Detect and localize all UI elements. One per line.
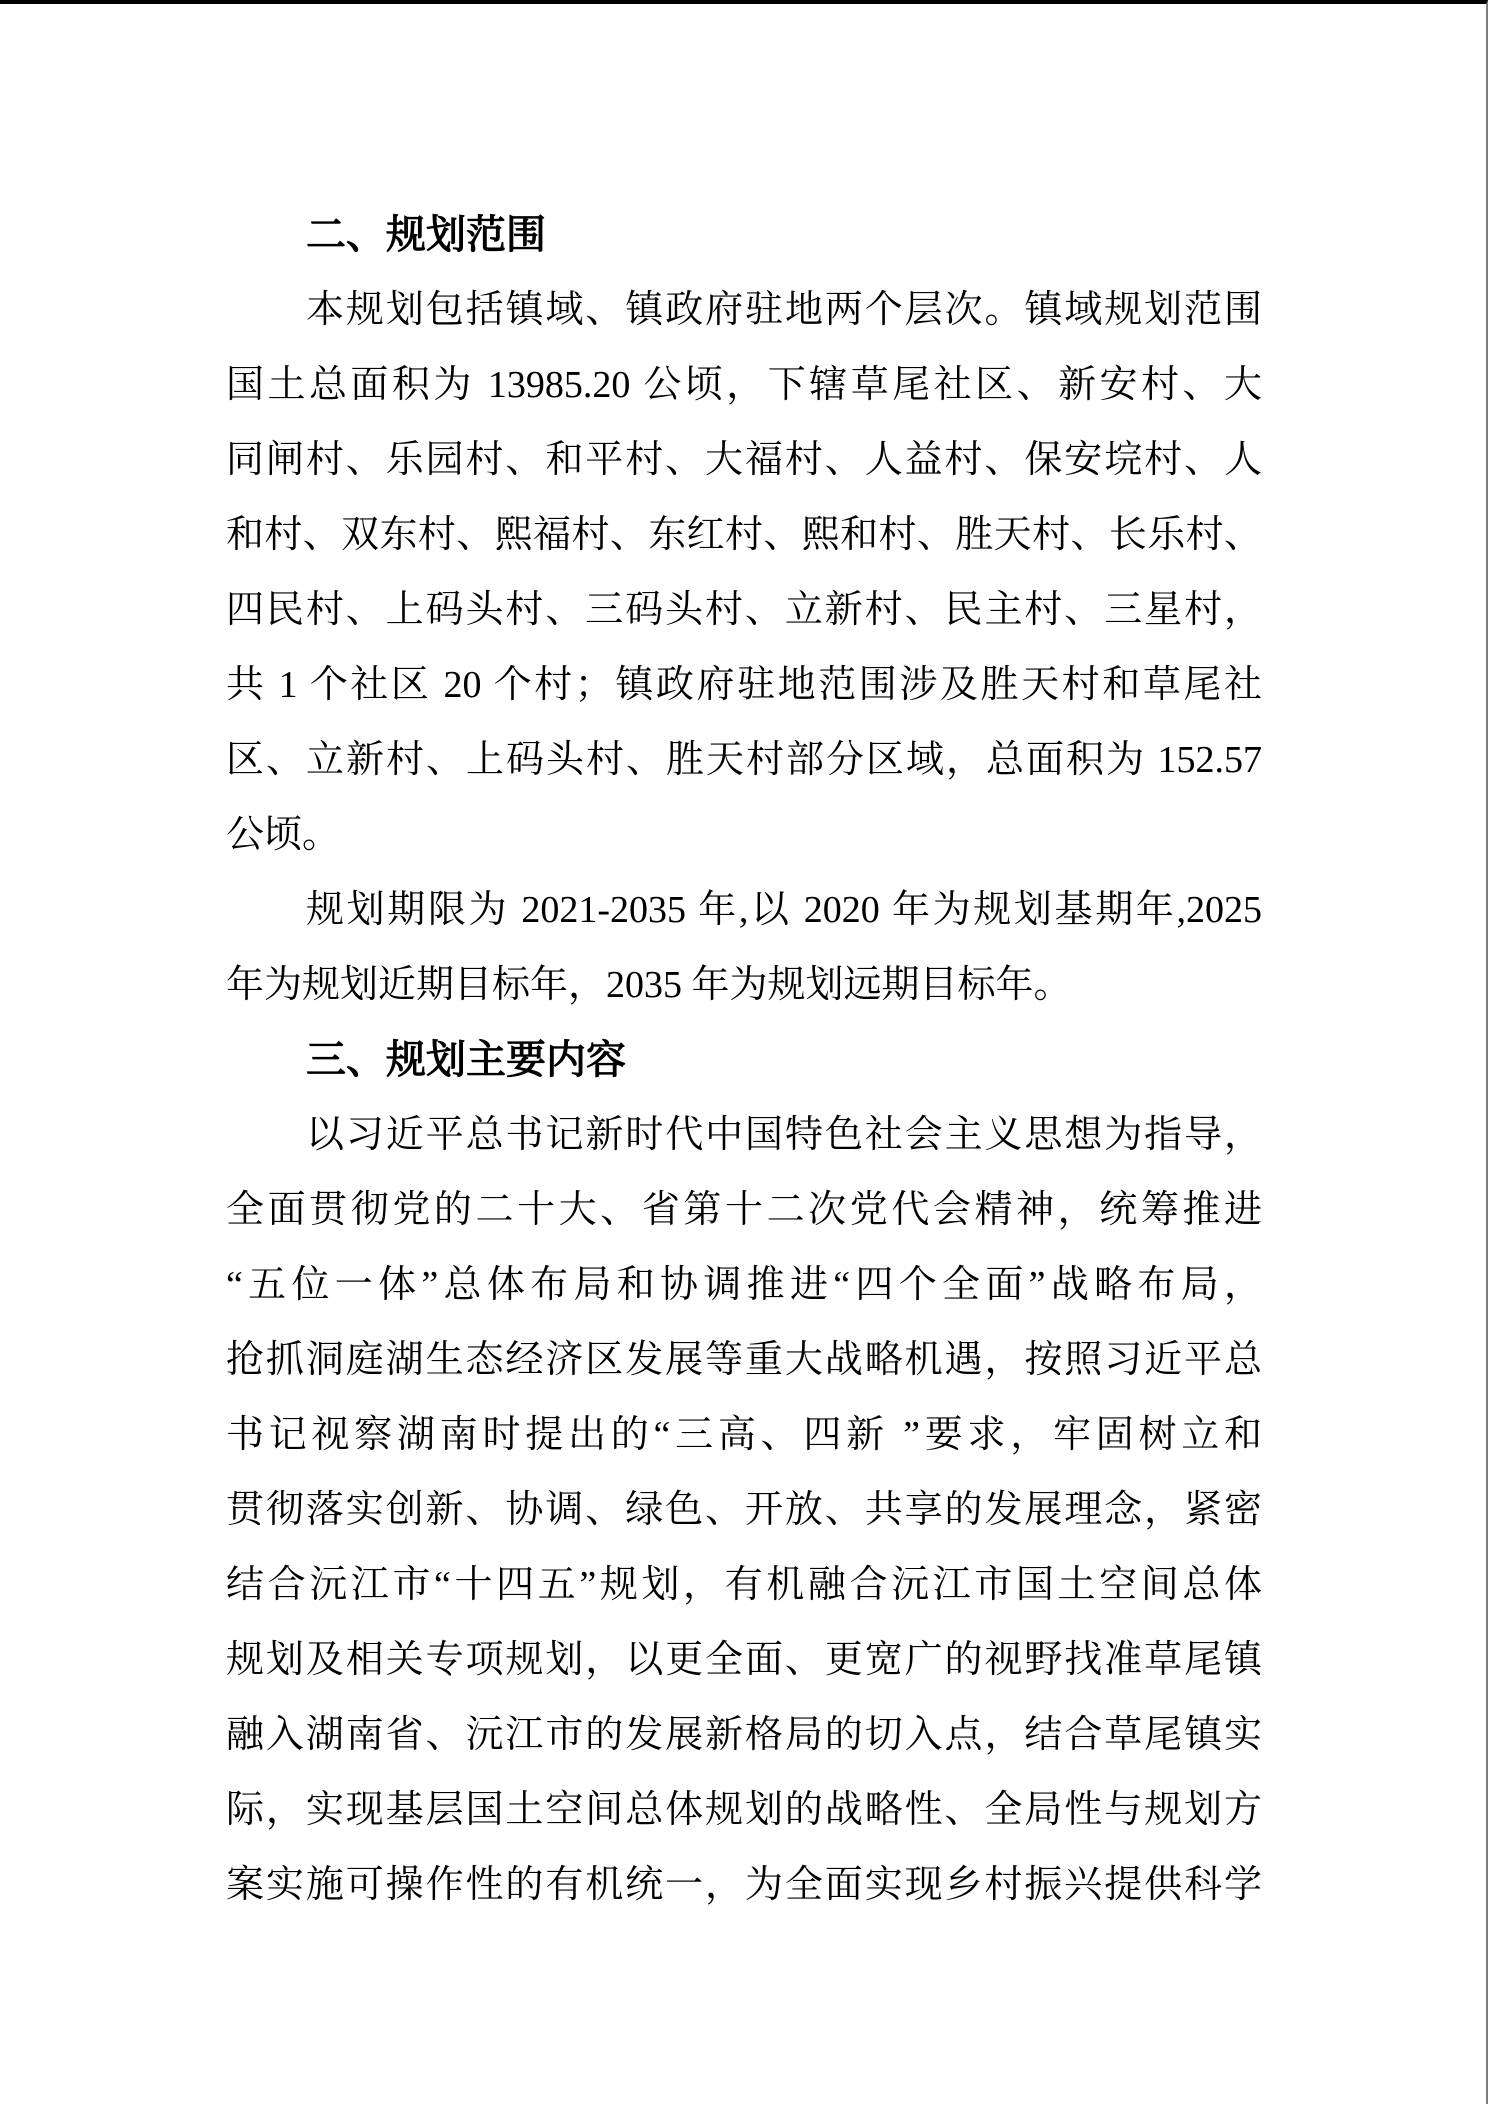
text-line: 案实施可操作性的有机统一，为全面实现乡村振兴提供科学 [226, 1848, 1262, 1923]
text-line: “五位一体”总体布局和协调推进“四个全面”战略布局， [226, 1248, 1262, 1323]
paragraph-planning-period: 规划期限为 2021-2035 年,以 2020 年为规划基期年,2025 年为… [226, 873, 1262, 1023]
text-line: 以习近平总书记新时代中国特色社会主义思想为指导， [226, 1098, 1262, 1173]
scanned-document-page: 二、规划范围 本规划包括镇域、镇政府驻地两个层次。镇域规划范围 国土总面积为 1… [0, 0, 1488, 2104]
text-line: 书记视察湖南时提出的“三高、四新 ”要求，牢固树立和 [226, 1398, 1262, 1473]
text-line: 公顷。 [226, 798, 1262, 873]
text-line: 本规划包括镇域、镇政府驻地两个层次。镇域规划范围 [226, 273, 1262, 348]
text-line: 全面贯彻党的二十大、省第十二次党代会精神，统筹推进 [226, 1173, 1262, 1248]
text-line: 区、立新村、上码头村、胜天村部分区域，总面积为 152.57 [226, 723, 1262, 798]
paragraph-planning-scope: 本规划包括镇域、镇政府驻地两个层次。镇域规划范围 国土总面积为 13985.20… [226, 273, 1262, 873]
text-line: 融入湖南省、沅江市的发展新格局的切入点，结合草尾镇实 [226, 1698, 1262, 1773]
text-line: 共 1 个社区 20 个村；镇政府驻地范围涉及胜天村和草尾社 [226, 648, 1262, 723]
text-line: 抢抓洞庭湖生态经济区发展等重大战略机遇，按照习近平总 [226, 1323, 1262, 1398]
paragraph-main-content: 以习近平总书记新时代中国特色社会主义思想为指导， 全面贯彻党的二十大、省第十二次… [226, 1098, 1262, 1923]
text-line: 规划期限为 2021-2035 年,以 2020 年为规划基期年,2025 [226, 873, 1262, 948]
text-line: 和村、双东村、熙福村、东红村、熙和村、胜天村、长乐村、 [226, 498, 1262, 573]
text-line: 规划及相关专项规划，以更全面、更宽广的视野找准草尾镇 [226, 1623, 1262, 1698]
text-line: 贯彻落实创新、协调、绿色、开放、共享的发展理念，紧密 [226, 1473, 1262, 1548]
page-text-block: 二、规划范围 本规划包括镇域、镇政府驻地两个层次。镇域规划范围 国土总面积为 1… [226, 198, 1262, 1923]
text-line: 同闸村、乐园村、和平村、大福村、人益村、保安垸村、人 [226, 423, 1262, 498]
text-line: 结合沅江市“十四五”规划，有机融合沅江市国土空间总体 [226, 1548, 1262, 1623]
text-line: 际，实现基层国土空间总体规划的战略性、全局性与规划方 [226, 1773, 1262, 1848]
section-heading-planning-scope: 二、规划范围 [226, 198, 1262, 273]
text-line: 年为规划近期目标年，2035 年为规划远期目标年。 [226, 948, 1262, 1023]
text-line: 国土总面积为 13985.20 公顷，下辖草尾社区、新安村、大 [226, 348, 1262, 423]
text-line: 四民村、上码头村、三码头村、立新村、民主村、三星村， [226, 573, 1262, 648]
section-heading-main-content: 三、规划主要内容 [226, 1023, 1262, 1098]
